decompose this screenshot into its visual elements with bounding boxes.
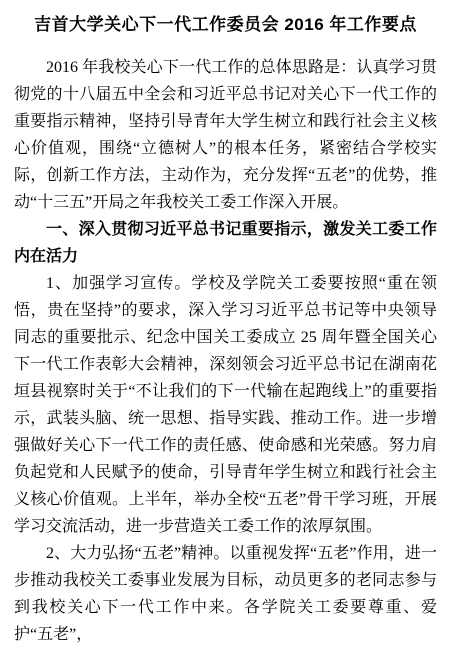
paragraph: 2、大力弘扬“五老”精神。以重视发挥“五老”作用，进一步推动我校关工委事业发展为… [14,540,437,648]
paragraph: 2016 年我校关心下一代工作的总体思路是：认真学习贯彻党的十八届五中全会和习近… [14,54,437,216]
document-page: 吉首大学关心下一代工作委员会 2016 年工作要点 2016 年我校关心下一代工… [0,0,451,652]
paragraph: 1、加强学习宣传。学校及学院关工委要按照“重在领悟，贵在坚持”的要求，深入学习习… [14,270,437,540]
document-title: 吉首大学关心下一代工作委员会 2016 年工作要点 [14,12,437,38]
section-heading: 一、深入贯彻习近平总书记重要指示，激发关工委工作内在活力 [14,216,437,270]
document-body: 2016 年我校关心下一代工作的总体思路是：认真学习贯彻党的十八届五中全会和习近… [14,54,437,648]
